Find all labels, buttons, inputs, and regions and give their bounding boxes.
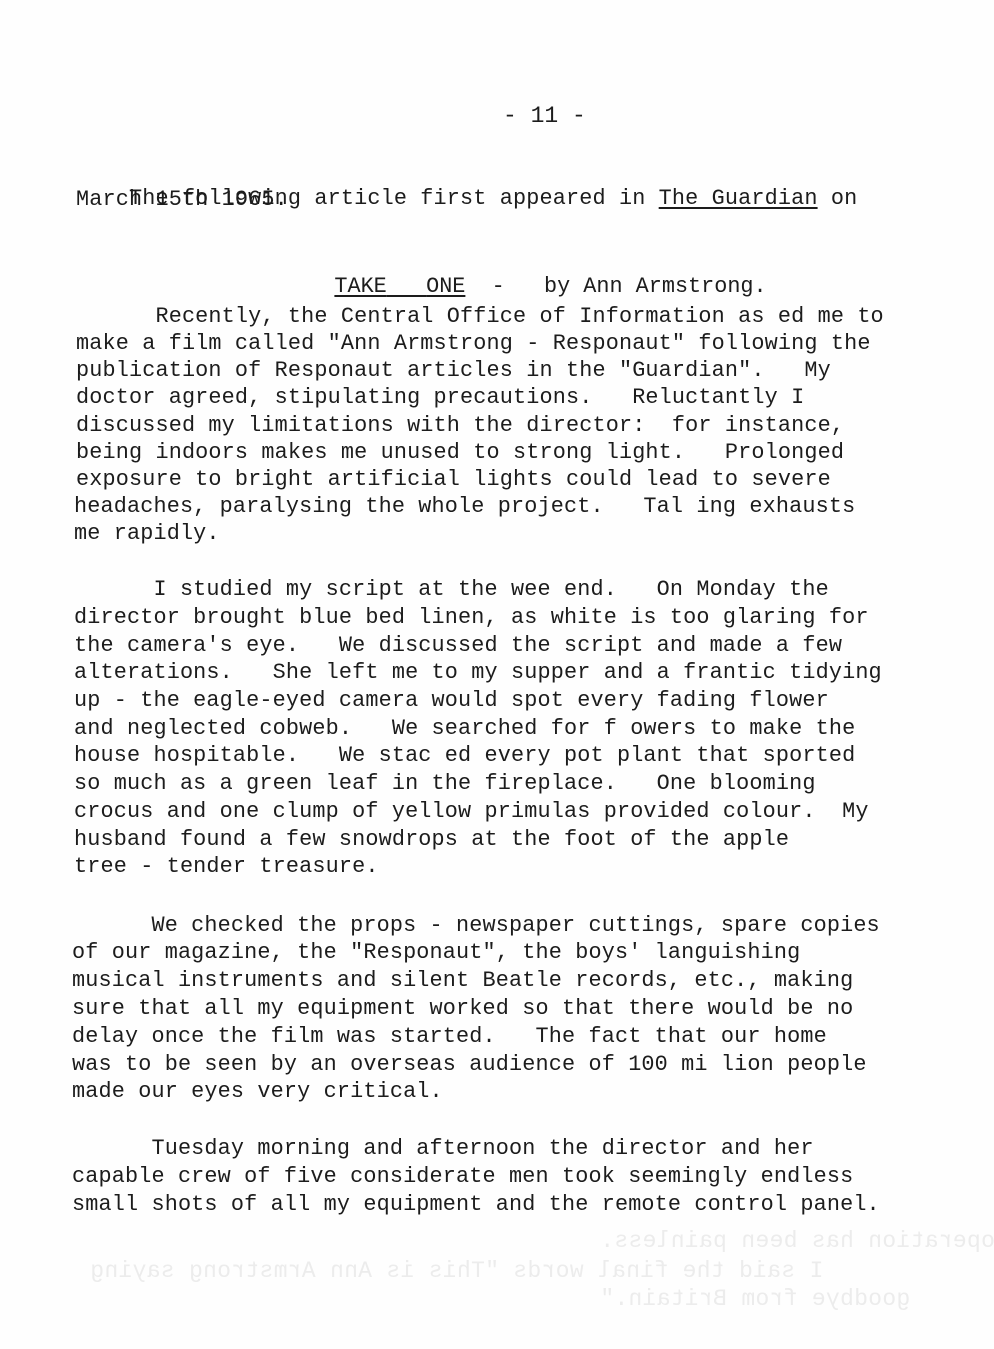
- text-line: so much as a green leaf in the fireplace…: [74, 770, 816, 797]
- text-line: me rapidly.: [74, 520, 220, 547]
- title-byline: by Ann Armstrong.: [544, 273, 767, 299]
- text-line: small shots of all my equipment and the …: [72, 1191, 880, 1218]
- intro-text: on: [818, 185, 858, 211]
- text-line: being indoors makes me unused to strong …: [76, 439, 844, 466]
- text-line: exposure to bright artificial lights cou…: [76, 466, 831, 493]
- intro-line-2: March 15th 1965.: [76, 186, 288, 213]
- page-number: - 11 -: [503, 103, 586, 129]
- text-line: capable crew of five considerate men too…: [72, 1163, 853, 1190]
- text-line: crocus and one clump of yellow primulas …: [74, 798, 869, 825]
- text-line: Recently, the Central Office of Informat…: [76, 303, 884, 330]
- text-line: sure that all my equipment worked so tha…: [72, 995, 853, 1022]
- text-line: make a film called "Ann Armstrong - Resp…: [76, 330, 871, 357]
- title-gap: [387, 273, 426, 299]
- text-line: made our eyes very critical.: [72, 1078, 443, 1105]
- text-line: house hospitable. We stac ed every pot p…: [74, 742, 855, 769]
- text-line: We checked the props - newspaper cutting…: [72, 912, 880, 939]
- document-page: operation has been painless. I said the …: [0, 0, 994, 1349]
- bleed-through-line: I said the final words "This is Ann Arms…: [90, 1258, 823, 1284]
- text-line: discussed my limitations with the direct…: [76, 412, 844, 439]
- publication-name: The Guardian: [659, 185, 818, 211]
- text-line: up - the eagle-eyed camera would spot ev…: [74, 687, 829, 714]
- text-line: and neglected cobweb. We searched for f …: [74, 715, 855, 742]
- bleed-through-line: goodbye from Britain.": [600, 1286, 910, 1312]
- text-line: director brought blue bed linen, as whit…: [74, 604, 869, 631]
- text-line: publication of Responaut articles in the…: [76, 357, 831, 384]
- text-line: Tuesday morning and afternoon the direct…: [72, 1135, 814, 1162]
- text-line: tree - tender treasure.: [74, 853, 379, 880]
- text-line: of our magazine, the "Responaut", the bo…: [72, 939, 800, 966]
- text-line: musical instruments and silent Beatle re…: [72, 967, 853, 994]
- text-line: alterations. She left me to my supper an…: [74, 659, 882, 686]
- text-line: the camera's eye. We discussed the scrip…: [74, 632, 842, 659]
- text-line: I studied my script at the wee end. On M…: [74, 576, 829, 603]
- text-line: husband found a few snowdrops at the foo…: [74, 826, 789, 853]
- text-line: doctor agreed, stipulating precautions. …: [76, 384, 804, 411]
- title-one: ONE: [426, 273, 465, 299]
- text-line: was to be seen by an overseas audience o…: [72, 1051, 867, 1078]
- title-take: TAKE: [334, 273, 386, 299]
- text-line: headaches, paralysing the whole project.…: [74, 493, 855, 520]
- text-line: delay once the film was started. The fac…: [72, 1023, 827, 1050]
- bleed-through-line: operation has been painless.: [600, 1228, 994, 1254]
- title-separator: -: [465, 273, 544, 299]
